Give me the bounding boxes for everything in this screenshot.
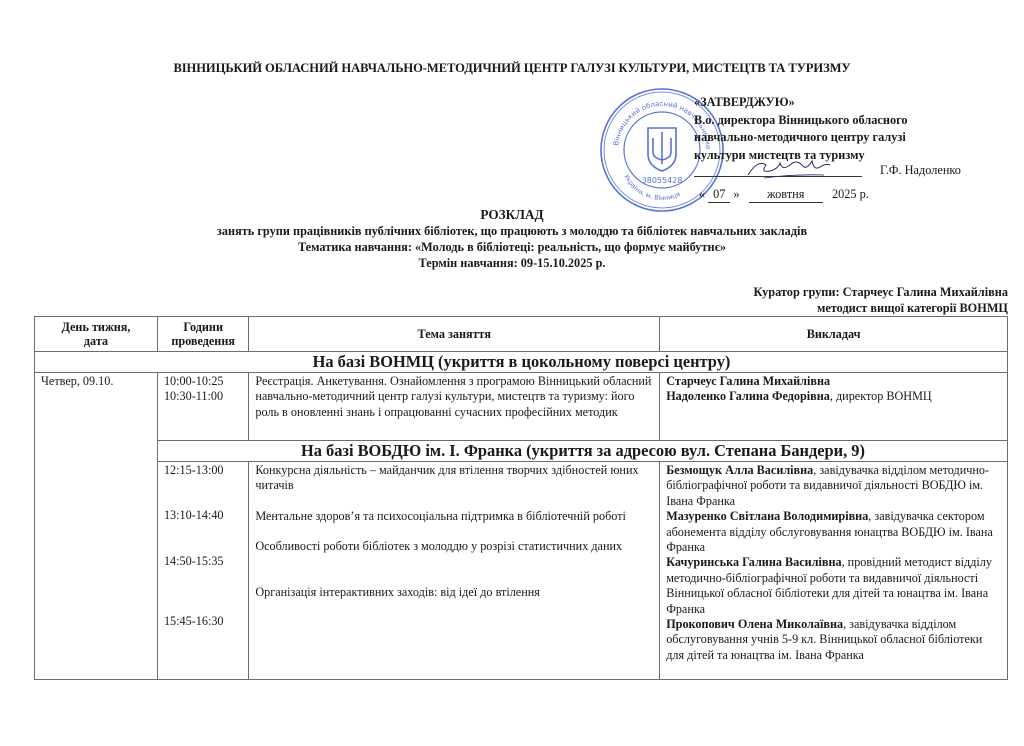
time-cell: 10:00-10:25 10:30-11:00 bbox=[157, 373, 248, 441]
time-cell: 12:15-13:00 13:10-14:40 14:50-15:35 15:4… bbox=[157, 462, 248, 680]
teacher-name: Надоленко Галина Федорівна bbox=[666, 389, 830, 403]
table-row: Четвер, 09.10. 10:00-10:25 10:30-11:00 Р… bbox=[35, 373, 1008, 441]
organization-title: ВІННИЦЬКИЙ ОБЛАСНИЙ НАВЧАЛЬНО-МЕТОДИЧНИЙ… bbox=[0, 61, 1024, 76]
section-title: На базі ВОНМЦ (укриття в цокольному пове… bbox=[35, 352, 1008, 373]
schedule-title: РОЗКЛАД bbox=[0, 207, 1024, 223]
signature-row: Г.Ф. Надоленко bbox=[694, 161, 1014, 179]
date-close-quote: » bbox=[733, 187, 739, 201]
topic-cell: Конкурсна діяльність – майданчик для вті… bbox=[249, 462, 660, 680]
teacher-name: Старчеус Галина Михайлівна bbox=[666, 374, 1002, 389]
header-topic: Тема заняття bbox=[249, 317, 660, 352]
topic-cell: Реєстрація. Анкетування. Ознайомлення з … bbox=[249, 373, 660, 441]
teacher-name: Мазуренко Світлана Володимирівна bbox=[666, 509, 868, 523]
teacher-cell: Старчеус Галина Михайлівна Надоленко Гал… bbox=[660, 373, 1008, 441]
section-title: На базі ВОБДЮ ім. І. Франка (укриття за … bbox=[157, 441, 1007, 462]
teacher-role: , директор ВОНМЦ bbox=[830, 389, 932, 403]
date-day: 07 bbox=[708, 187, 730, 203]
curator-block: Куратор групи: Старчеус Галина Михайлівн… bbox=[754, 284, 1009, 316]
approval-line: В.о. директора Вінницького обласного bbox=[694, 112, 1014, 130]
header-teacher: Викладач bbox=[660, 317, 1008, 352]
approval-heading: «ЗАТВЕРДЖУЮ» bbox=[694, 94, 1014, 112]
date-year: 2025 р. bbox=[832, 187, 869, 201]
schedule-term: Термін навчання: 09-15.10.2025 р. bbox=[0, 255, 1024, 271]
section-row: На базі ВОНМЦ (укриття в цокольному пове… bbox=[35, 352, 1008, 373]
approval-date: « 07 » жовтня 2025 р. bbox=[699, 187, 869, 203]
teacher-name: Прокопович Олена Миколаївна bbox=[666, 617, 843, 631]
curator-name: Куратор групи: Старчеус Галина Михайлівн… bbox=[754, 284, 1009, 300]
svg-text:38055428: 38055428 bbox=[642, 176, 683, 185]
signature-icon bbox=[744, 157, 834, 181]
schedule-table: День тижня,дата Годинипроведення Тема за… bbox=[34, 316, 1008, 680]
header-day: День тижня,дата bbox=[35, 317, 158, 352]
section-row: На базі ВОБДЮ ім. І. Франка (укриття за … bbox=[35, 441, 1008, 462]
approval-block: «ЗАТВЕРДЖУЮ» В.о. директора Вінницького … bbox=[694, 94, 1014, 164]
signatory-name: Г.Ф. Надоленко bbox=[880, 163, 961, 178]
table-row: 12:15-13:00 13:10-14:40 14:50-15:35 15:4… bbox=[35, 462, 1008, 680]
date-open-quote: « bbox=[699, 187, 705, 201]
day-cell: Четвер, 09.10. bbox=[35, 373, 158, 680]
date-month: жовтня bbox=[749, 187, 823, 203]
teacher-cell: Безмощук Алла Василівна, завідувачка від… bbox=[660, 462, 1008, 680]
curator-position: методист вищої категорії ВОНМЦ bbox=[754, 300, 1009, 316]
table-header-row: День тижня,дата Годинипроведення Тема за… bbox=[35, 317, 1008, 352]
teacher-name: Качуринська Галина Василівна bbox=[666, 555, 841, 569]
teacher-name: Безмощук Алла Василівна bbox=[666, 463, 813, 477]
schedule-subtitle: занять групи працівників публічних біблі… bbox=[0, 223, 1024, 239]
schedule-heading: РОЗКЛАД занять групи працівників публічн… bbox=[0, 207, 1024, 271]
header-hours: Годинипроведення bbox=[157, 317, 248, 352]
schedule-theme: Тематика навчання: «Молодь в бібліотеці:… bbox=[0, 239, 1024, 255]
approval-line: навчально-методичного центру галузі bbox=[694, 129, 1014, 147]
